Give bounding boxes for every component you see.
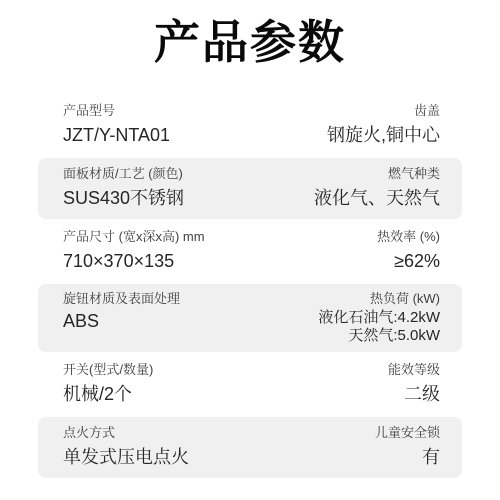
spec-value: ≥62% xyxy=(394,249,440,273)
spec-row-dimensions: 产品尺寸 (宽x深x高) mm 710×370×135 热效率 (%) ≥62% xyxy=(38,221,462,282)
spec-label: 能效等级 xyxy=(388,361,440,378)
spec-label: 热效率 (%) xyxy=(377,228,440,245)
spec-label: 开关(型式/数量) xyxy=(63,361,153,378)
spec-value: ABS xyxy=(63,309,180,333)
spec-label: 产品型号 xyxy=(63,102,170,119)
spec-value: 钢旋火,铜中心 xyxy=(327,123,440,147)
spec-value: 710×370×135 xyxy=(63,249,205,273)
spec-label: 产品尺寸 (宽x深x高) mm xyxy=(63,228,205,245)
spec-label: 燃气种类 xyxy=(388,165,440,182)
spec-cell-left: 开关(型式/数量) 机械/2个 xyxy=(63,361,153,406)
spec-table: 产品型号 JZT/Y-NTA01 齿盖 钢旋火,铜中心 面板材质/工艺 (颜色)… xyxy=(38,95,462,478)
spec-row-knob-material: 旋钮材质及表面处理 ABS 热负荷 (kW) 液化石油气:4.2kW 天然气:5… xyxy=(38,284,462,352)
spec-cell-right: 能效等级 二级 xyxy=(388,361,440,406)
spec-value: JZT/Y-NTA01 xyxy=(63,123,170,147)
spec-row-switch: 开关(型式/数量) 机械/2个 能效等级 二级 xyxy=(38,354,462,415)
spec-cell-left: 面板材质/工艺 (颜色) SUS430不锈钢 xyxy=(63,165,184,210)
spec-value: SUS430不锈钢 xyxy=(63,186,184,210)
spec-cell-right: 热负荷 (kW) 液化石油气:4.2kW 天然气:5.0kW xyxy=(318,290,440,345)
product-parameters-panel: 产品参数 产品型号 JZT/Y-NTA01 齿盖 钢旋火,铜中心 面板材质/工艺… xyxy=(0,0,500,500)
spec-cell-right: 儿童安全锁 有 xyxy=(375,424,440,469)
spec-cell-left: 产品型号 JZT/Y-NTA01 xyxy=(63,102,170,147)
spec-value: 液化气、天然气 xyxy=(314,186,440,210)
spec-cell-right: 燃气种类 液化气、天然气 xyxy=(314,165,440,210)
spec-row-panel-material: 面板材质/工艺 (颜色) SUS430不锈钢 燃气种类 液化气、天然气 xyxy=(38,158,462,219)
spec-label: 儿童安全锁 xyxy=(375,424,440,441)
spec-cell-left: 旋钮材质及表面处理 ABS xyxy=(63,290,180,345)
spec-value-line: 液化石油气:4.2kW xyxy=(318,309,440,327)
spec-value: 单发式压电点火 xyxy=(63,445,189,469)
spec-label: 旋钮材质及表面处理 xyxy=(63,290,180,307)
spec-cell-right: 齿盖 钢旋火,铜中心 xyxy=(327,102,440,147)
page-title: 产品参数 xyxy=(0,16,500,69)
spec-cell-right: 热效率 (%) ≥62% xyxy=(377,228,440,273)
spec-label: 热负荷 (kW) xyxy=(370,290,440,307)
spec-cell-left: 产品尺寸 (宽x深x高) mm 710×370×135 xyxy=(63,228,205,273)
spec-row-ignition: 点火方式 单发式压电点火 儿童安全锁 有 xyxy=(38,417,462,478)
spec-value: 有 xyxy=(422,445,440,469)
spec-value-line: 天然气:5.0kW xyxy=(348,327,440,345)
spec-value: 机械/2个 xyxy=(63,382,153,406)
spec-value: 二级 xyxy=(404,382,440,406)
spec-cell-left: 点火方式 单发式压电点火 xyxy=(63,424,189,469)
spec-label: 点火方式 xyxy=(63,424,189,441)
spec-row-product-model: 产品型号 JZT/Y-NTA01 齿盖 钢旋火,铜中心 xyxy=(38,95,462,156)
spec-label: 齿盖 xyxy=(414,102,440,119)
spec-label: 面板材质/工艺 (颜色) xyxy=(63,165,184,182)
